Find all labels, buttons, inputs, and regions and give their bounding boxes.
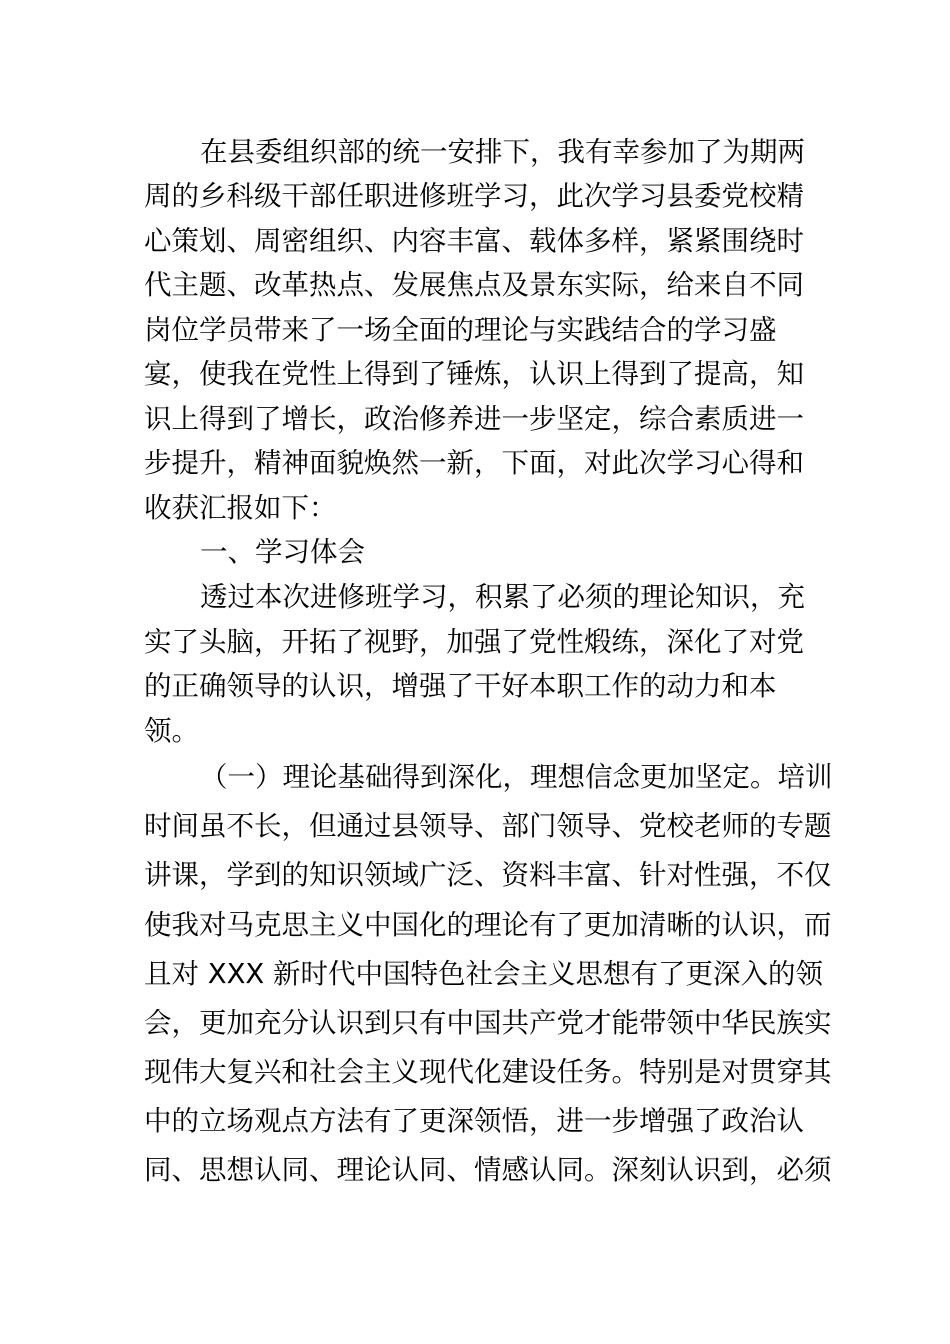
intro-line-6: 宴，使我在党性上得到了锤炼，认识上得到了提高，知: [144, 357, 804, 391]
section-line-1: 透过本次进修班学习，积累了必须的理论知识，充: [200, 580, 804, 614]
subsection-line-9: 同、思想认同、理论认同、情感认同。深刻认识到，必须: [144, 1153, 804, 1187]
subsection-line-8: 中的立场观点方法有了更深领悟，进一步增强了政治认: [144, 1104, 804, 1138]
intro-line-4: 代主题、改革热点、发展焦点及景东实际，给来自不同: [144, 268, 804, 302]
subsection-line-1: （一）理论基础得到深化，理想信念更加坚定。培训: [200, 760, 804, 794]
intro-line-5: 岗位学员带来了一场全面的理论与实践结合的学习盛: [144, 313, 804, 347]
subsection-line-2: 时间虽不长，但通过县领导、部门领导、党校老师的专题: [144, 809, 804, 843]
subsection-line-4: 使我对马克思主义中国化的理论有了更加清晰的认识，而: [144, 908, 804, 942]
subsection-line-7: 现伟大复兴和社会主义现代化建设任务。特别是对贯穿其: [144, 1055, 804, 1089]
intro-line-2: 周的乡科级干部任职进修班学习，此次学习县委党校精: [144, 179, 804, 213]
intro-line-8: 步提升，精神面貌焕然一新，下面，对此次学习心得和: [144, 446, 804, 480]
subsection-line-6: 会，更加充分认识到只有中国共产党才能带领中华民族实: [144, 1006, 804, 1040]
intro-line-7: 识上得到了增长，政治修养进一步坚定，综合素质进一: [144, 402, 804, 436]
section-line-4: 领。: [144, 714, 804, 748]
intro-line-3: 心策划、周密组织、内容丰富、载体多样，紧紧围绕时: [144, 224, 804, 258]
section-line-2: 实了头脑，开拓了视野，加强了党性煅练，深化了对党: [144, 625, 804, 659]
subsection-line-3: 讲课，学到的知识领域广泛、资料丰富、针对性强，不仅: [144, 858, 804, 892]
document-page: 在县委组织部的统一安排下，我有幸参加了为期两 周的乡科级干部任职进修班学习，此次…: [0, 0, 950, 1344]
intro-line-9: 收获汇报如下：: [144, 491, 804, 525]
section-heading: 一、学习体会: [200, 535, 860, 569]
subsection-line-5: 且对 XXX 新时代中国特色社会主义思想有了更深入的领: [144, 957, 804, 991]
section-line-3: 的正确领导的认识，增强了干好本职工作的动力和本: [144, 669, 804, 703]
intro-line-1: 在县委组织部的统一安排下，我有幸参加了为期两: [200, 135, 804, 169]
